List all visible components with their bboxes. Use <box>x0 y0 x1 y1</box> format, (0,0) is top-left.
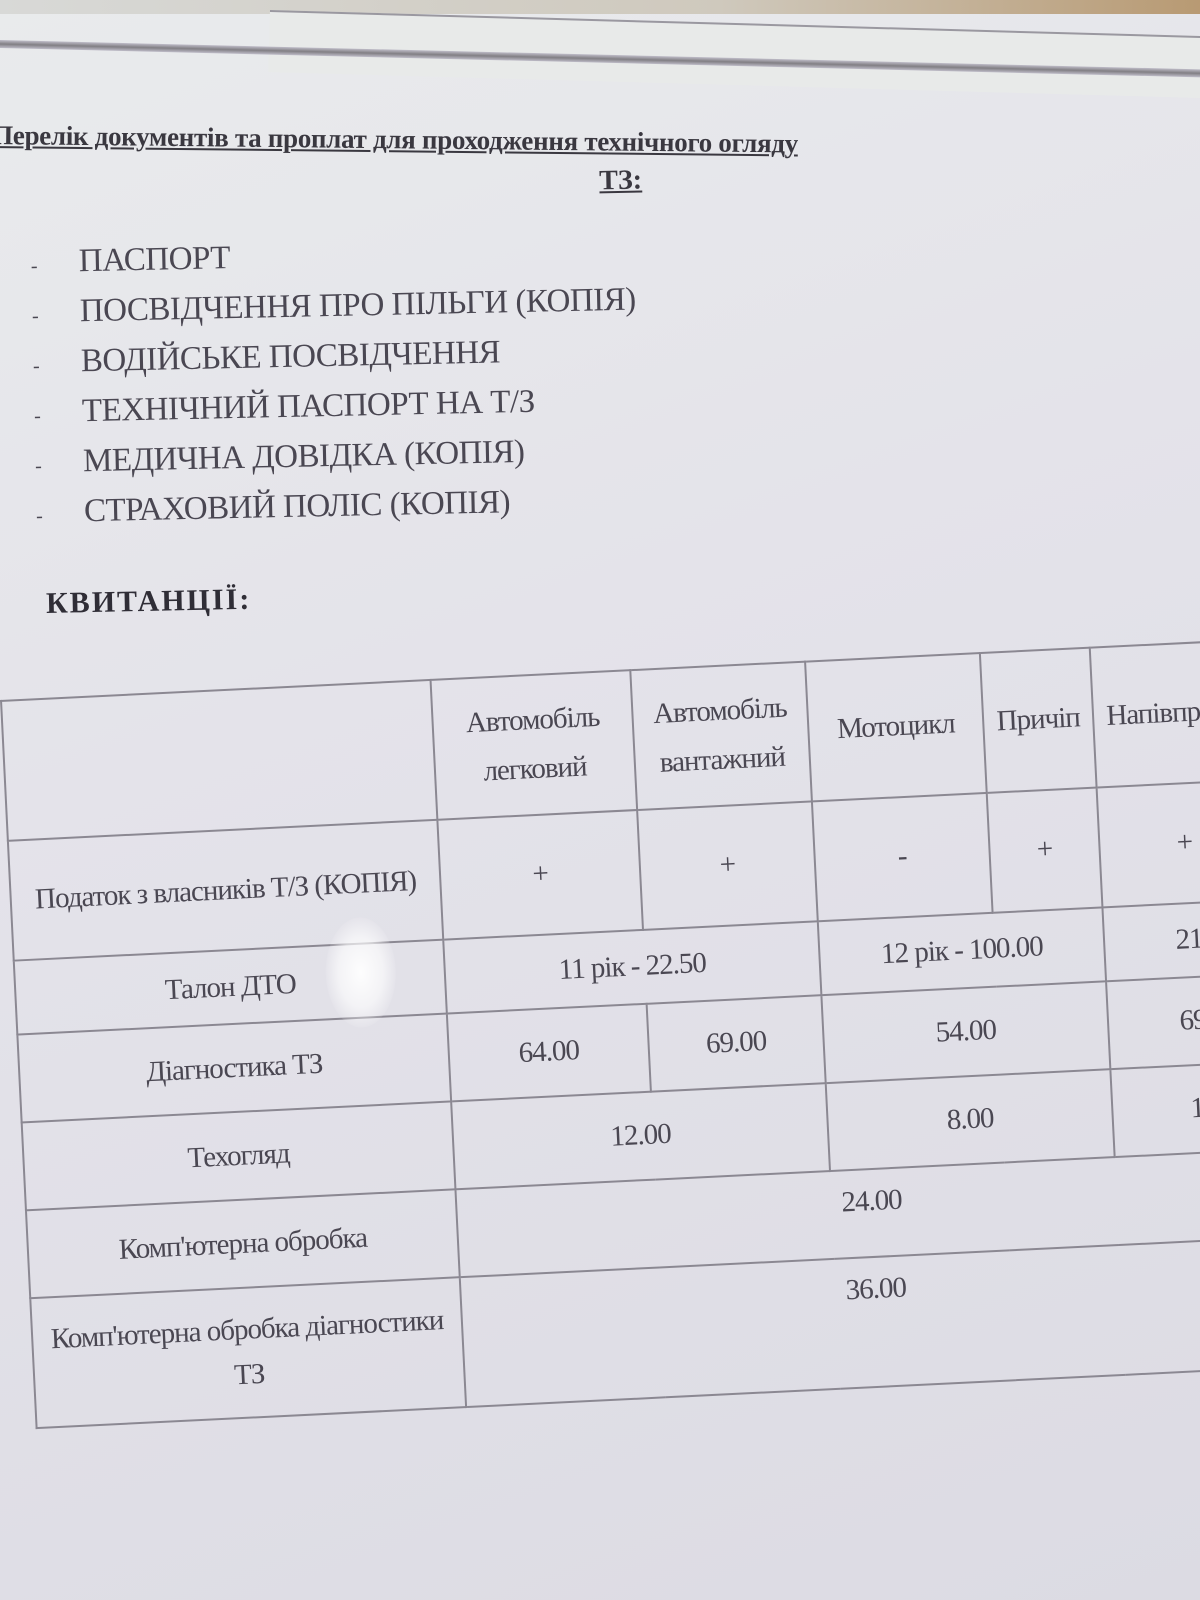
document-label: МЕДИЧНА ДОВІДКА (КОПІЯ) <box>83 434 525 479</box>
document-page: Перелік документів та проплат для проход… <box>0 0 1200 1600</box>
cell-value: + <box>437 810 643 940</box>
cell-value: 69 <box>1106 973 1200 1069</box>
bullet-dash: - <box>33 342 82 389</box>
bullet-dash: - <box>35 442 84 489</box>
header-cell-semitrailer: Напівпричіп <box>1090 639 1200 787</box>
header-cell-motorcycle: Мотоцикл <box>805 653 987 801</box>
document-label: ВОДІЙСЬКЕ ПОСВІДЧЕННЯ <box>81 334 501 379</box>
document-title-suffix: ТЗ: <box>599 164 642 197</box>
cell-value: 64.00 <box>447 1004 651 1102</box>
cell-value: + <box>637 801 818 929</box>
document-label: ПАСПОРТ <box>78 240 230 279</box>
cell-value: 21 <box>1102 899 1200 981</box>
document-label: ПОСВІДЧЕННЯ ПРО ПІЛЬГИ (КОПІЯ) <box>79 282 636 330</box>
header-cell-empty <box>1 680 437 841</box>
bullet-dash: - <box>31 292 80 339</box>
required-documents-list: -ПАСПОРТ -ПОСВІДЧЕННЯ ПРО ПІЛЬГИ (КОПІЯ)… <box>30 227 640 540</box>
header-cell-trailer: Причіп <box>980 648 1097 793</box>
bullet-dash: - <box>34 392 83 439</box>
document-label: ТЕХНІЧНИЙ ПАСПОРТ НА Т/З <box>82 384 535 429</box>
cell-value: - <box>812 793 993 921</box>
cell-value: 8.00 <box>826 1069 1115 1171</box>
row-label: Комп'ютерна обробка діагностики ТЗ <box>30 1277 466 1428</box>
receipts-heading: КВИТАНЦІЇ: <box>46 583 252 621</box>
document-label: СТРАХОВИЙ ПОЛІС (КОПІЯ) <box>84 484 511 529</box>
cell-value: + <box>987 788 1103 913</box>
bullet-dash: - <box>36 492 85 539</box>
header-cell-passenger-car: Автомобіль легковий <box>431 670 638 820</box>
fees-table: Автомобіль легковий Автомобіль вантажний… <box>0 638 1200 1429</box>
header-cell-truck: Автомобіль вантажний <box>630 662 812 810</box>
cell-value: + <box>1097 779 1200 907</box>
bullet-dash: - <box>30 242 79 289</box>
cell-value: 1 <box>1110 1061 1200 1157</box>
cell-value: 12 рік - 100.00 <box>818 907 1106 995</box>
cell-value: 54.00 <box>821 981 1110 1083</box>
cell-value: 69.00 <box>647 995 826 1091</box>
document-title: Перелік документів та проплат для проход… <box>0 120 798 159</box>
